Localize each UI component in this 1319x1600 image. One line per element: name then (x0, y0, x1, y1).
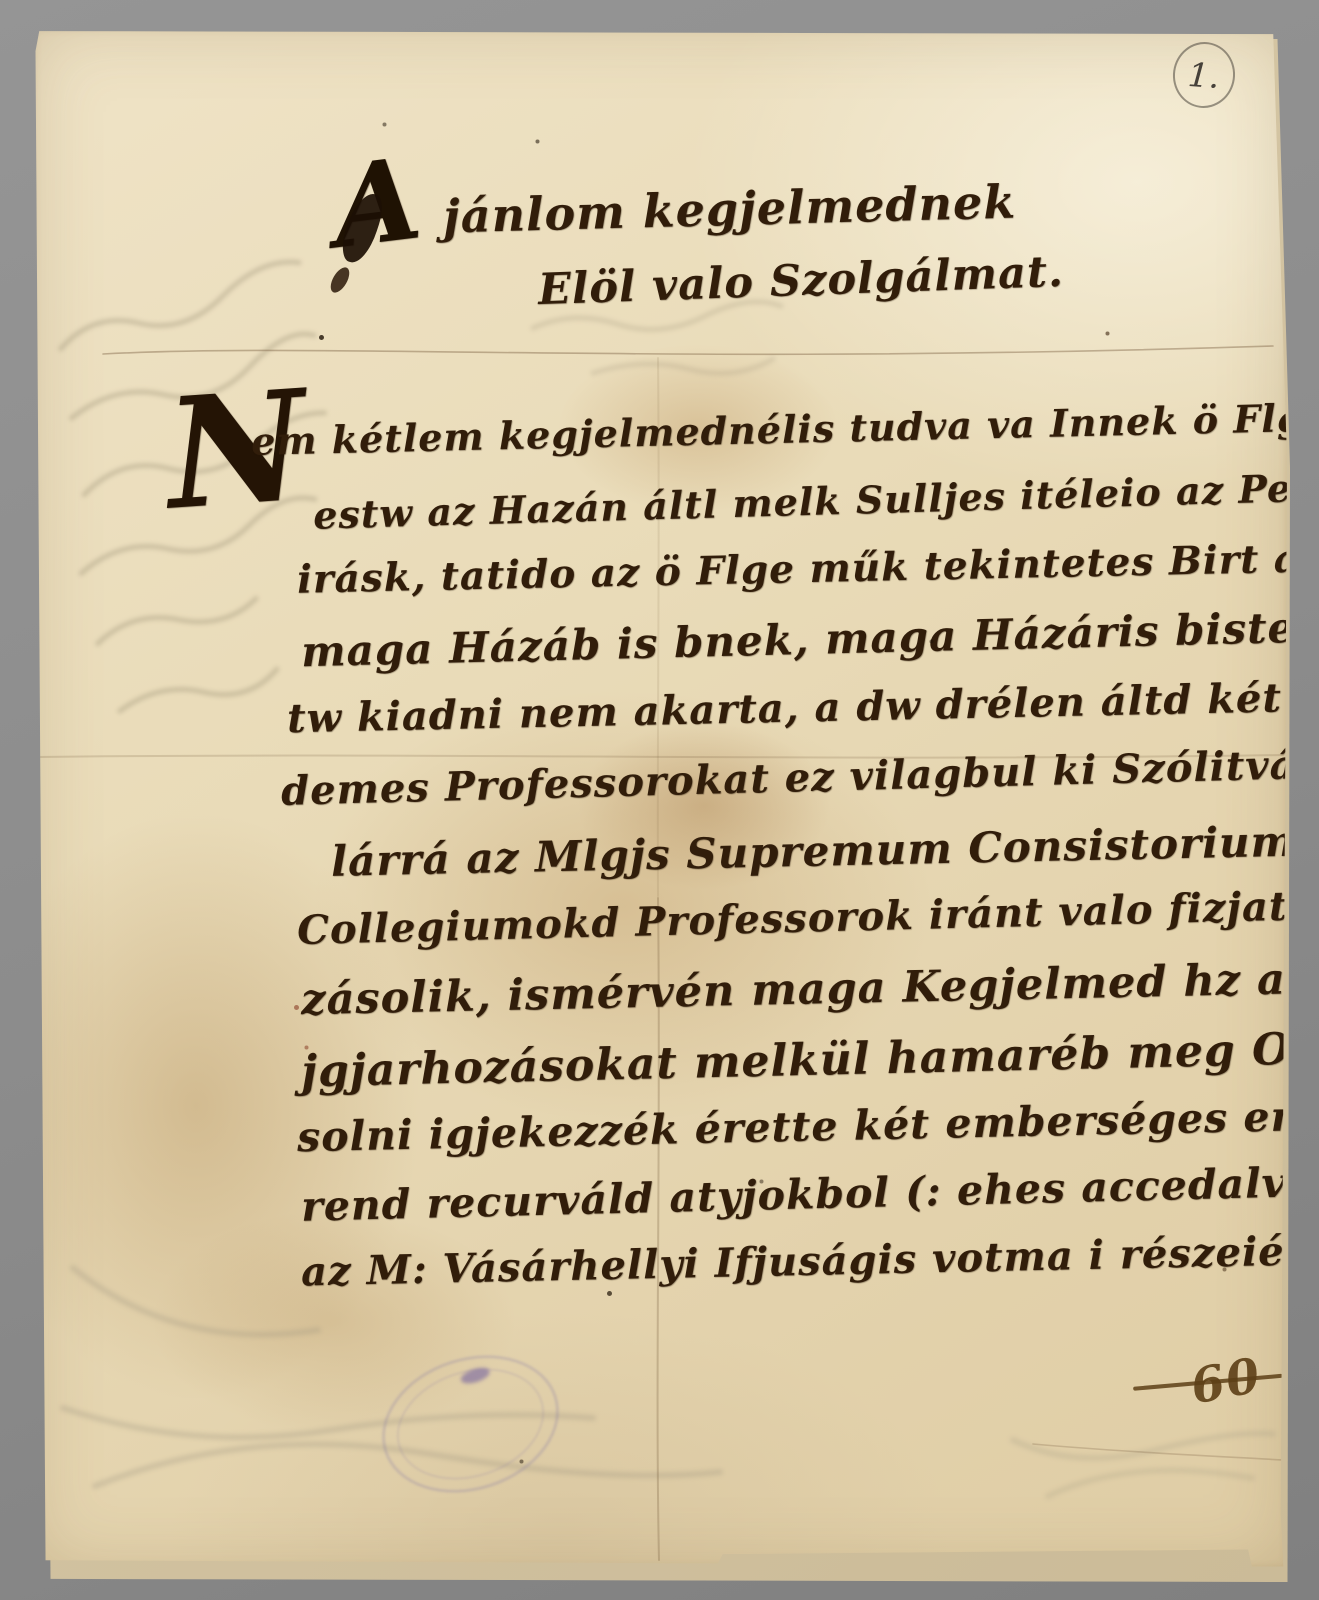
body-line-9: zásolik, ismérvén maga Kegjelmed hz a dw (301, 957, 1319, 1022)
body-line-10: jgjarhozásokat melkül hamaréb meg Orvo- (301, 1026, 1319, 1095)
body-line-7: lárrá az Mlgjs Supremum Consistorium az (331, 819, 1319, 883)
body-line-12: rend recurváld atyjokbol (: ehes accedal… (301, 1161, 1319, 1227)
oval-ink-stamp (364, 1333, 577, 1514)
body-line-1: em kétlem kegjelmednélis tudva va Innek … (251, 397, 1319, 461)
docket-mark: 60 (1132, 1350, 1295, 1418)
docket-number: 60 (1186, 1347, 1266, 1415)
body-line-4: maga Házáb is bnek, maga Házáris bistere… (301, 605, 1319, 674)
page-number-circle: 1. (1169, 38, 1240, 112)
body-line-11: solni igjekezzék érette két emberséges e… (297, 1095, 1319, 1158)
page-number: 1. (1187, 54, 1221, 95)
body-line-2: estw az Hazán áltl melk Sulljes itéleio … (313, 467, 1319, 535)
pencil-scribbles (63, 1268, 1273, 1496)
body-line-13: az M: Vásárhellyi Ifjuságis votma i rész… (301, 1231, 1305, 1292)
photograph-background: 1. A jánlom kegjelmednek Elöl valo Szolg… (0, 0, 1319, 1600)
body-line-6: demes Professorokat ez vilagbul ki Szóli… (281, 744, 1319, 812)
heading-line-1: jánlom kegjelmednek (442, 179, 1016, 240)
heading-line-2: Elöl valo Szolgálmat. (537, 251, 1064, 312)
body-line-5: tw kiadni nem akarta, a dw drélen áltd k… (287, 677, 1319, 740)
body-line-8: Collegiumokd Professorok iránt valo fizj… (297, 885, 1319, 951)
manuscript-page: 1. A jánlom kegjelmednek Elöl valo Szolg… (33, 28, 1287, 1568)
ink-specks (33, 28, 36, 31)
body-line-3: irásk, tatido az ö Flge műk tekintetes B… (297, 539, 1319, 599)
